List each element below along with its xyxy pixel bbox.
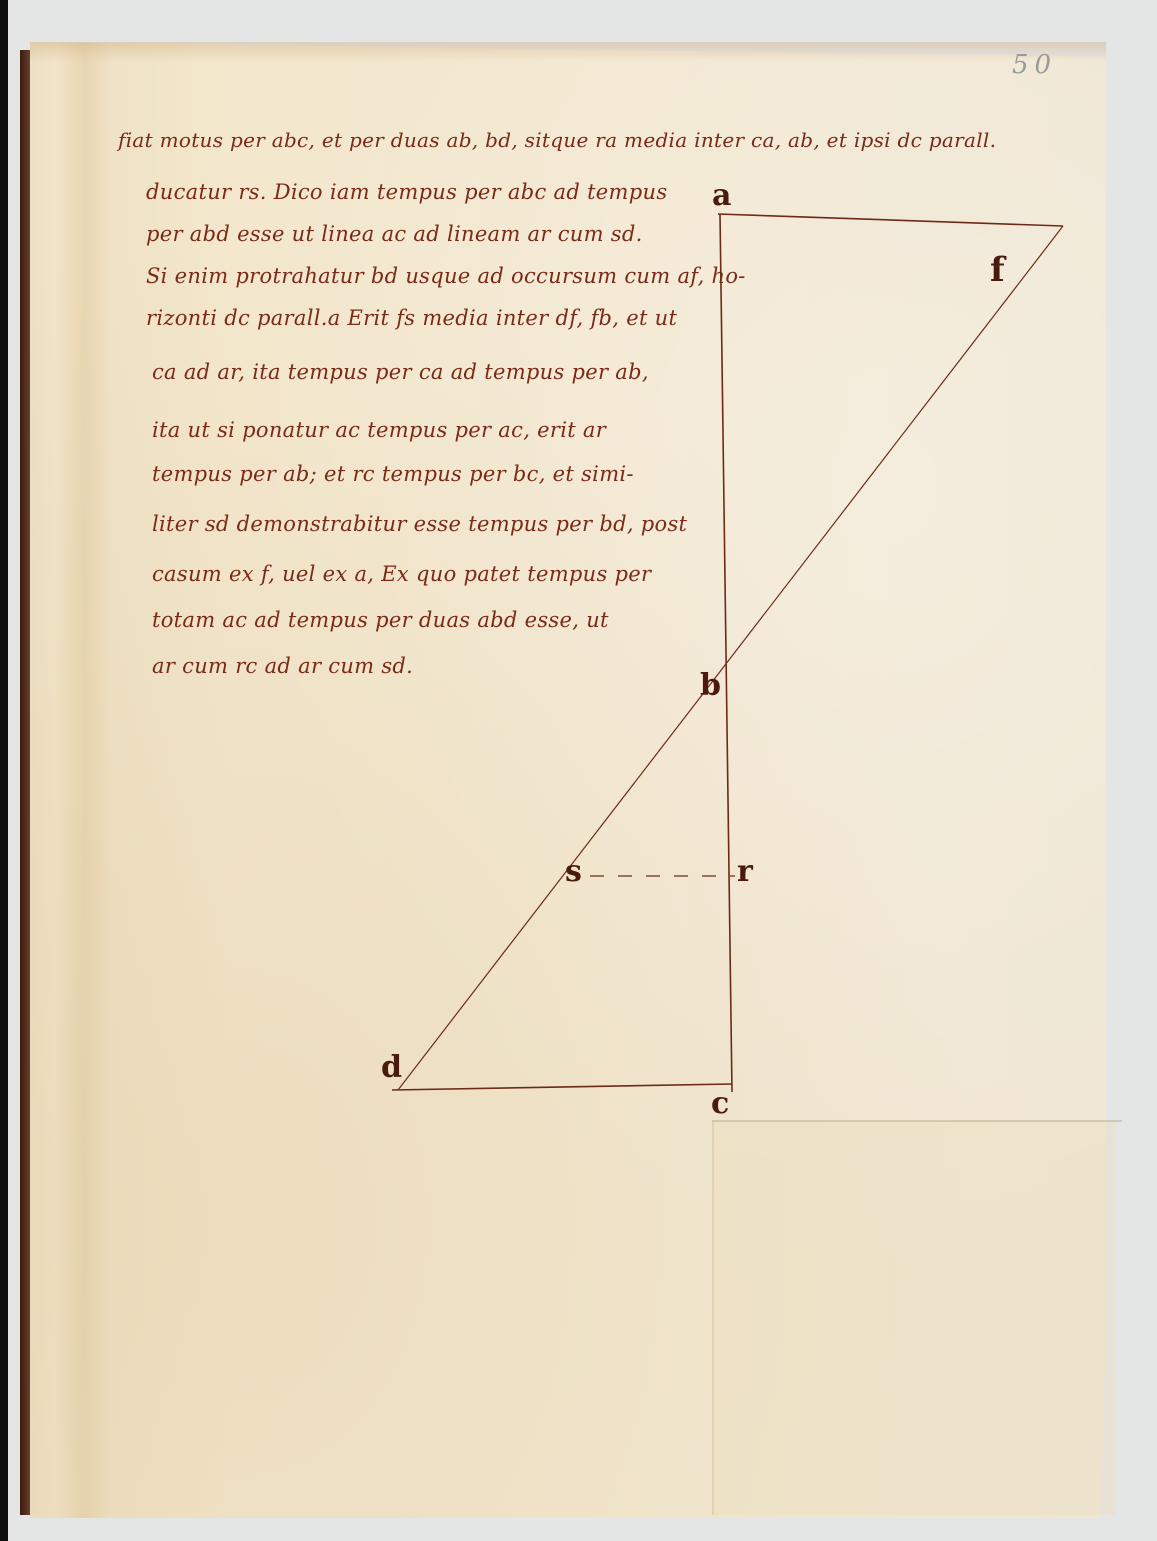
point-label-d: d: [381, 1050, 402, 1085]
point-label-r: r: [737, 854, 753, 889]
point-label-s: s: [565, 854, 582, 889]
geometric-diagram: [0, 0, 1157, 1541]
point-label-b: b: [700, 668, 721, 703]
line-ac: [720, 214, 732, 1092]
point-label-a: a: [712, 178, 731, 213]
line-dc: [392, 1084, 732, 1090]
point-label-c: c: [711, 1086, 729, 1121]
point-label-f: f: [990, 250, 1005, 290]
line-af: [718, 214, 1063, 226]
